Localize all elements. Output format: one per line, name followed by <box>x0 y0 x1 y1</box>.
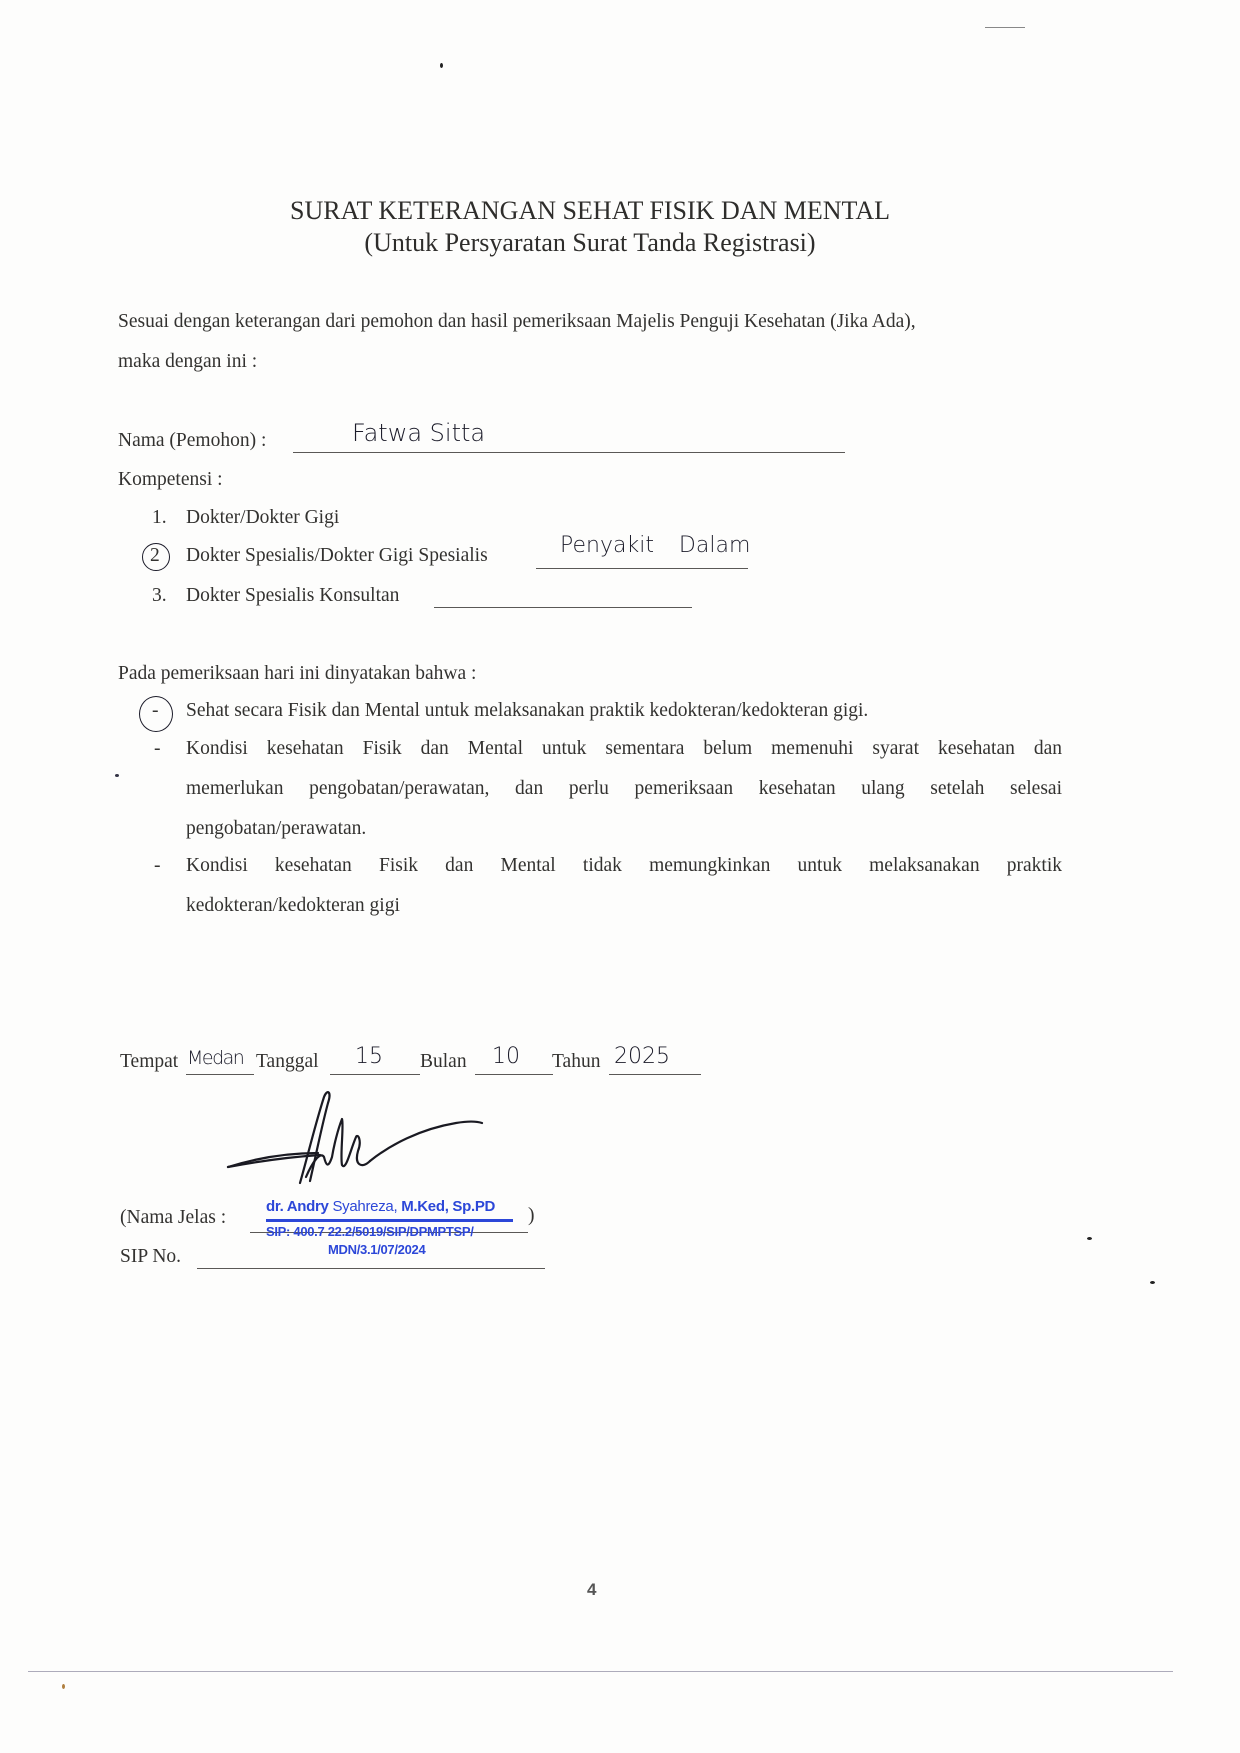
stamp-divider <box>266 1219 513 1222</box>
competence-option-2-number: 2 <box>150 545 160 567</box>
result-2-bullet: - <box>154 738 161 760</box>
intro-line-2: maka dengan ini : <box>118 351 257 373</box>
result-3-bullet: - <box>154 855 161 877</box>
competence-option-2-underline <box>536 568 748 569</box>
examination-label: Pada pemeriksaan hari ini dinyatakan bah… <box>118 663 476 685</box>
scan-speck <box>1087 1237 1092 1240</box>
month-label: Bulan <box>420 1051 467 1073</box>
place-underline <box>186 1074 254 1075</box>
applicant-name-underline <box>293 452 845 453</box>
signatory-name-close: ) <box>528 1205 535 1227</box>
competence-option-2-value[interactable]: Penyakit Dalam <box>560 533 750 558</box>
document-title: SURAT KETERANGAN SEHAT FISIK DAN MENTAL <box>0 196 1180 226</box>
competence-option-3-underline[interactable] <box>434 607 692 608</box>
stamp-name-part-3: M.Ked, Sp.PD <box>401 1198 495 1215</box>
stamp-sip-line-2: MDN/3.1/07/2024 <box>328 1242 425 1257</box>
document-subtitle: (Untuk Persyaratan Surat Tanda Registras… <box>0 228 1180 258</box>
stamp-name-part-2: Syahreza, <box>332 1198 397 1215</box>
result-1-line-1: Sehat secara Fisik dan Mental untuk mela… <box>186 700 868 722</box>
competence-option-2-label: Dokter Spesialis/Dokter Gigi Spesialis <box>186 545 488 567</box>
stamp-sip-line-1: SIP: 400.7 22.2/5019/SIP/DPMPTSP/ <box>266 1224 474 1239</box>
stamp-name-part-1: dr. Andry <box>266 1198 329 1215</box>
competence-option-1-number: 1. <box>152 507 167 529</box>
scan-speck <box>1150 1281 1155 1284</box>
page-number: 4 <box>587 1580 596 1600</box>
scan-mark <box>985 27 1025 28</box>
intro-line-1: Sesuai dengan keterangan dari pemohon da… <box>118 311 916 333</box>
competence-option-1-label: Dokter/Dokter Gigi <box>186 507 339 529</box>
result-2-line-1: Kondisi kesehatan Fisik dan Mental untuk… <box>186 738 1062 760</box>
month-underline <box>475 1074 553 1075</box>
stamp-name: dr. Andry Syahreza, M.Ked, Sp.PD <box>266 1198 495 1215</box>
competence-option-3-label: Dokter Spesialis Konsultan <box>186 585 399 607</box>
result-1-bullet: - <box>152 700 159 722</box>
result-2-line-3: pengobatan/perawatan. <box>186 818 366 840</box>
result-2-line-2: memerlukan pengobatan/perawatan, dan per… <box>186 778 1062 800</box>
sip-underline <box>197 1268 545 1269</box>
competence-label: Kompetensi : <box>118 469 223 491</box>
signatory-name-label: (Nama Jelas : <box>120 1207 226 1229</box>
day-underline <box>330 1074 420 1075</box>
scan-edge-line <box>28 1671 1173 1672</box>
applicant-name-label: Nama (Pemohon) : <box>118 430 266 452</box>
year-value[interactable]: 2025 <box>614 1044 670 1069</box>
sip-label: SIP No. <box>120 1246 181 1268</box>
place-value[interactable]: Medan <box>187 1047 243 1069</box>
year-label: Tahun <box>552 1051 600 1073</box>
scan-speck <box>62 1684 65 1689</box>
competence-option-3-number: 3. <box>152 585 167 607</box>
month-value[interactable]: 10 <box>492 1044 520 1069</box>
signature-icon <box>220 1085 500 1195</box>
scan-speck <box>440 63 443 68</box>
applicant-name-value[interactable]: Fatwa Sitta <box>352 419 485 447</box>
result-3-line-2: kedokteran/kedokteran gigi <box>186 895 400 917</box>
place-label: Tempat <box>120 1051 178 1073</box>
day-value[interactable]: 15 <box>355 1044 383 1069</box>
scan-speck <box>115 774 119 777</box>
year-underline <box>609 1074 701 1075</box>
day-label: Tanggal <box>256 1051 319 1073</box>
result-3-line-1: Kondisi kesehatan Fisik dan Mental tidak… <box>186 855 1062 877</box>
